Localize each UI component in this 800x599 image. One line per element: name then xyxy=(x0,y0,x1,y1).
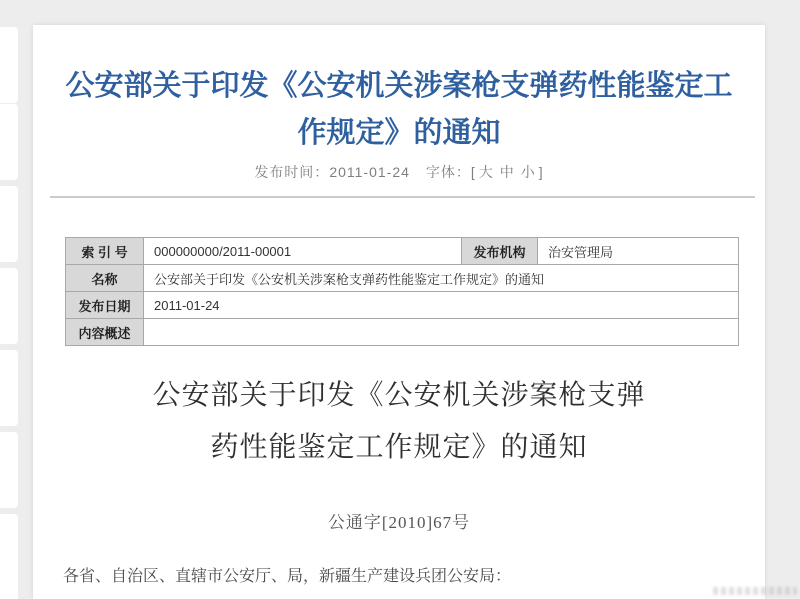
page-title: 公安部关于印发《公安机关涉案枪支弹药性能鉴定工 作规定》的通知 xyxy=(51,63,747,157)
doc-name-label: 名称 xyxy=(66,265,144,292)
article-panel: 公安部关于印发《公安机关涉案枪支弹药性能鉴定工 作规定》的通知 发布时间：201… xyxy=(33,25,765,599)
page-title-line1: 公安部关于印发《公安机关涉案枪支弹药性能鉴定工 xyxy=(65,70,732,102)
sidebar-card xyxy=(0,268,18,344)
sidebar-card xyxy=(0,432,18,508)
page: 公安部关于印发《公安机关涉案枪支弹药性能鉴定工 作规定》的通知 发布时间：201… xyxy=(0,0,800,599)
sidebar-card xyxy=(0,186,18,262)
issuing-org-label: 发布机构 xyxy=(462,238,538,265)
document-info-table: 索 引 号 000000000/2011-00001 发布机构 治安管理局 名称… xyxy=(65,237,739,346)
summary-label: 内容概述 xyxy=(66,319,144,346)
document-title-line2: 药性能鉴定工作规定》的通知 xyxy=(210,432,587,463)
meta-row: 发布时间：2011-01-24字体：[大中小] xyxy=(33,162,765,182)
salutation-line: 各省、自治区、直辖市公安厅、局，新疆生产建设兵团公安局： xyxy=(63,563,735,586)
page-title-line2: 作规定》的通知 xyxy=(297,117,500,149)
issuing-org-value: 治安管理局 xyxy=(538,238,739,265)
document-number: 公通字[2010]67号 xyxy=(33,508,765,533)
table-row: 内容概述 xyxy=(66,319,739,346)
font-size-medium-button[interactable]: 中 xyxy=(500,164,515,180)
sidebar-card xyxy=(0,27,18,103)
font-size-small-button[interactable]: 小 xyxy=(521,164,536,180)
watermark-fragment xyxy=(713,587,797,595)
doc-name-value: 公安部关于印发《公安机关涉案枪支弹药性能鉴定工作规定》的通知 xyxy=(144,265,739,292)
publish-time-value: 2011-01-24 xyxy=(329,164,410,180)
sidebar-card xyxy=(0,104,18,180)
font-size-label: 字体： xyxy=(426,164,471,180)
table-row: 发布日期 2011-01-24 xyxy=(66,292,739,319)
header-divider xyxy=(50,196,755,198)
document-title: 公安部关于印发《公安机关涉案枪支弹 药性能鉴定工作规定》的通知 xyxy=(33,370,765,474)
table-row: 索 引 号 000000000/2011-00001 发布机构 治安管理局 xyxy=(66,238,739,265)
index-number-label: 索 引 号 xyxy=(66,238,144,265)
sidebar-card xyxy=(0,350,18,426)
font-size-large-button[interactable]: 大 xyxy=(479,164,494,180)
publish-time-label: 发布时间： xyxy=(254,164,329,180)
sidebar-card xyxy=(0,514,18,599)
table-row: 名称 公安部关于印发《公安机关涉案枪支弹药性能鉴定工作规定》的通知 xyxy=(66,265,739,292)
font-size-bracket-open: [ xyxy=(471,164,476,180)
publish-date-label: 发布日期 xyxy=(66,292,144,319)
summary-value xyxy=(144,319,739,346)
document-title-line1: 公安部关于印发《公安机关涉案枪支弹 xyxy=(152,380,645,411)
font-size-bracket-close: ] xyxy=(539,164,544,180)
index-number-value: 000000000/2011-00001 xyxy=(144,238,462,265)
publish-date-value: 2011-01-24 xyxy=(144,292,739,319)
